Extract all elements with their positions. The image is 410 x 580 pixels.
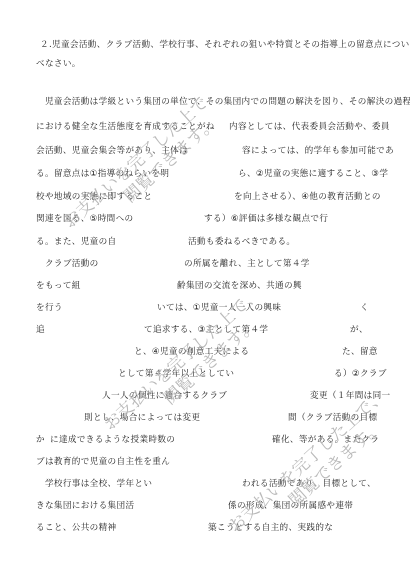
document-page: ２.児童会活動、クラブ活動、学校行事、それぞれの狙いや特質とその指導上の留意点に… [0, 0, 410, 580]
text-segment: が、 [350, 325, 368, 336]
text-segment: を行う [36, 303, 63, 314]
text-segment: する）⑥評価は多様な観点で行 [204, 214, 328, 225]
text-segment: きな集団における集団活 [36, 501, 134, 512]
text-segment: ること、公共の精神 [36, 523, 117, 534]
text-segment: に達成できるような授業時数の [50, 435, 175, 446]
text-segment: 会活動、児童会集会等があり、主体は [36, 146, 188, 157]
text-segment: 変更（１年間は同一 [310, 391, 391, 402]
text-segment: る。留意点は①指導のねらいを明 [36, 169, 169, 180]
text-segment: 容によっては、的学年も参加可能であ [242, 146, 394, 157]
text-segment: 築こうとする自主的、実践的な [208, 523, 333, 534]
text-segment: 児童会活動は学級という集団の単位で、その集団内での問題の解決を図り、その解決の過… [36, 97, 410, 107]
text-segment: 校や地域の実態に即すること [36, 192, 152, 203]
text-segment: として第４学年以上としてい [118, 369, 234, 380]
question-line-2: べなさい。 [36, 59, 81, 70]
text-line: 児童会活動は学級という集団の単位で、その集団内での問題の解決を図り、その解決の過… [36, 97, 410, 108]
text-segment: 追 [36, 325, 45, 336]
text-segment: クラブ活動の [36, 259, 99, 270]
text-segment: か [36, 435, 45, 446]
text-segment: を向上させる）、④他の教育活動との [234, 192, 381, 203]
text-segment: た、留意 [342, 347, 378, 358]
text-segment: 学校行事は全校、学年とい [36, 479, 152, 490]
text-segment: における健全な生活態度を育成することがね [36, 122, 215, 133]
text-segment: 齢集団の交流を深め、共通の興 [177, 281, 302, 292]
text-segment: 活動も委ねるべきである。 [188, 237, 295, 248]
text-segment: の所属を離れ、主として第４学 [184, 259, 310, 270]
text-segment: ブは教育的で児童の自主性を重ん [36, 457, 170, 468]
text-segment: 則とし、場合によっては変更 [84, 413, 200, 424]
text-segment: われる活動であり、目標として、 [242, 479, 376, 490]
text-segment: て追求する、③主として第４学 [144, 325, 268, 336]
text-segment: をもって組 [36, 281, 81, 292]
text-segment: 確化、等がある。またクラ [272, 435, 379, 446]
text-segment: いては、①児童一人一人の興味 [157, 303, 281, 314]
text-segment: る。また、児童の自 [36, 237, 117, 248]
text-segment: 間（クラブ活動の目標 [288, 413, 377, 424]
watermark-text: お支払いを完了した上で、 [225, 386, 390, 538]
text-segment: 係の形成、集団の所属感や連帯 [228, 501, 353, 512]
text-segment: ら、②児童の実態に適すること、③学 [238, 169, 388, 180]
text-segment: 人一人の個性に適合するクラブ [102, 391, 227, 402]
text-segment: 関連を図る、⑤時間への [36, 214, 134, 225]
text-segment: 内容としては、代表委員会活動や、委員 [229, 122, 390, 133]
text-segment: る）②クラブ [334, 369, 387, 380]
question-text-cont: べなさい。 [36, 59, 81, 69]
text-segment: と、④児童の創意工夫による [134, 347, 249, 358]
question-text: ２.児童会活動、クラブ活動、学校行事、それぞれの狙いや特質とその指導上の留意点に… [40, 40, 410, 50]
text-segment: く [360, 303, 369, 314]
question-line-1: ２.児童会活動、クラブ活動、学校行事、それぞれの狙いや特質とその指導上の留意点に… [40, 40, 410, 51]
